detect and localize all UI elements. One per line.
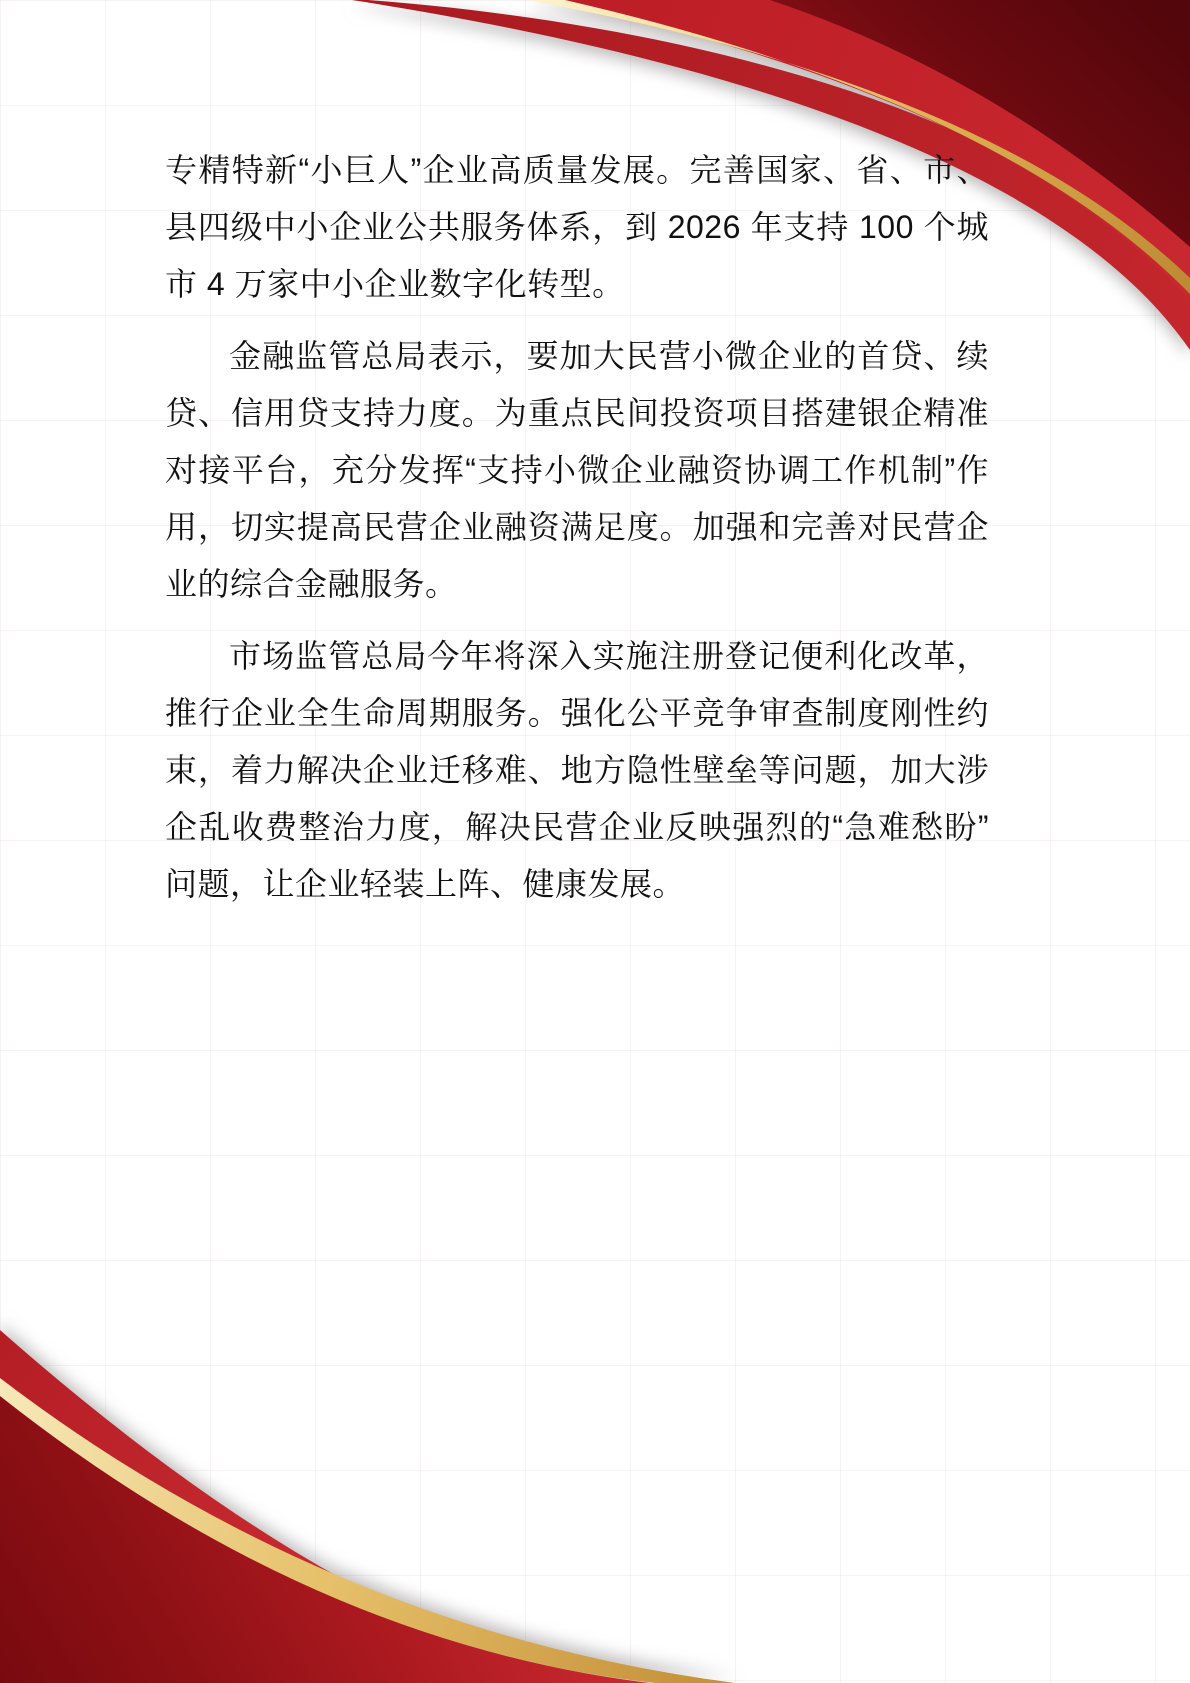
paragraph-1: 专精特新“小巨人”企业高质量发展。完善国家、省、市、县四级中小企业公共服务体系，… [165,142,989,313]
paragraph-2: 金融监管总局表示，要加大民营小微企业的首贷、续贷、信用贷支持力度。为重点民间投资… [165,328,989,613]
paragraph-3: 市场监管总局今年将深入实施注册登记便利化改革，推行企业全生命周期服务。强化公平竞… [165,628,989,913]
bottom-left-corner-decoration [0,1330,735,1683]
document-body: 专精特新“小巨人”企业高质量发展。完善国家、省、市、县四级中小企业公共服务体系，… [165,142,989,928]
document-page: 专精特新“小巨人”企业高质量发展。完善国家、省、市、县四级中小企业公共服务体系，… [0,0,1190,1683]
